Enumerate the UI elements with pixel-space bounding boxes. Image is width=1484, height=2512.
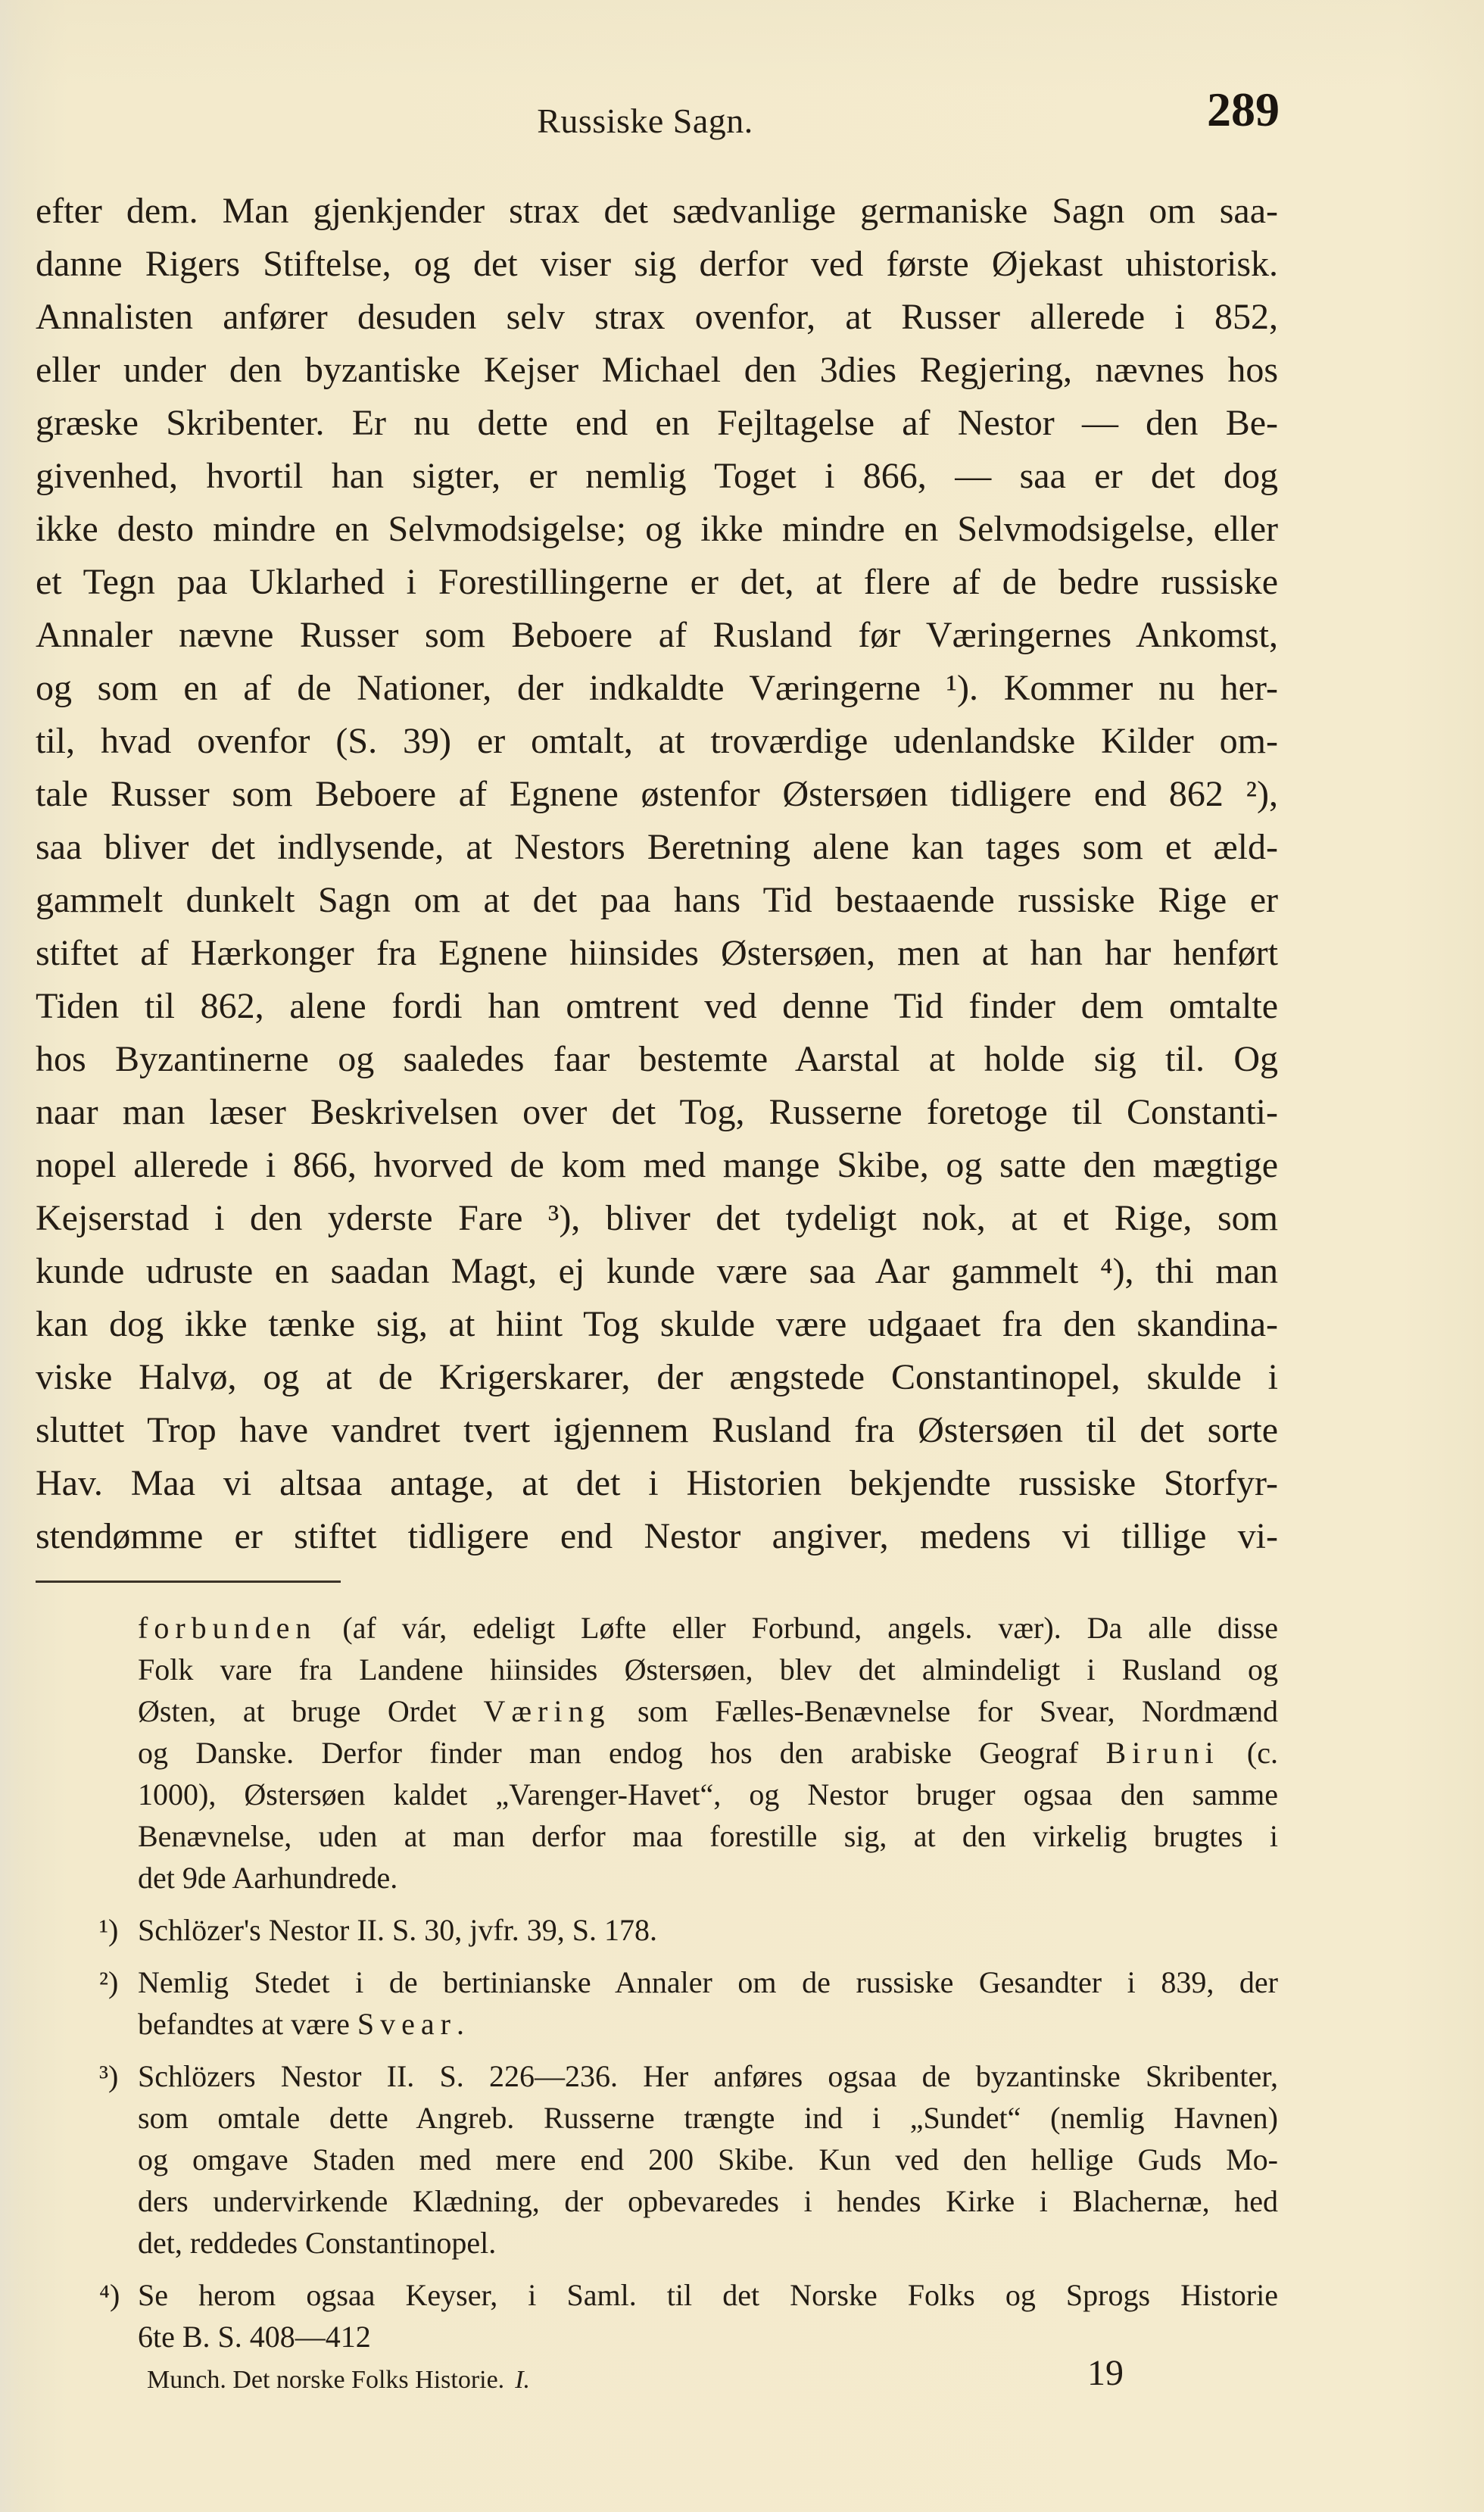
body-line: Tiden til 862, alene fordi han omtrent v… [36, 980, 1278, 1033]
footnote-3: ³) Schlözers Nestor II. S. 226—236. Her … [138, 2055, 1278, 2264]
footnote-2: ²) Nemlig Stedet i de bertinianske Annal… [138, 1961, 1278, 2045]
body-line: græske Skribenter. Er nu dette end en Fe… [36, 397, 1278, 450]
footnote-text: og omgave Staden med mere end 200 Skibe.… [138, 2142, 1278, 2177]
footnote-line: og omgave Staden med mere end 200 Skibe.… [138, 2139, 1278, 2180]
footnote-line: det 9de Aarhundrede. [138, 1857, 1278, 1899]
body-line: eller under den byzantiske Kejser Michae… [36, 344, 1278, 397]
footnote-text: det 9de Aarhundrede. [138, 1861, 397, 1895]
footnote-text: Schlözers Nestor II. S. 226—236. Her anf… [138, 2059, 1278, 2093]
footnote-line: som omtale dette Angreb. Russerne trængt… [138, 2097, 1278, 2139]
spaced-word: Svear [357, 2007, 457, 2041]
footnote-text: Schlözer's Nestor II. S. 30, jvfr. 39, S… [138, 1913, 657, 1947]
body-line: Annaler nævne Russer som Beboere af Rusl… [36, 609, 1278, 662]
footnote-marker: ⁴) [99, 2274, 120, 2316]
footnote-text: (c. [1220, 1736, 1278, 1770]
footnote-marker: ³) [99, 2055, 118, 2097]
page-number: 289 [1166, 86, 1280, 134]
body-line: kan dog ikke tænke sig, at hiint Tog sku… [36, 1298, 1278, 1351]
footnote-line: 1000), Østersøen kaldet „Varenger-Havet“… [138, 1774, 1278, 1815]
footnote-line: Se herom ogsaa Keyser, i Saml. til det N… [138, 2274, 1278, 2316]
footnote-line: og Danske. Derfor finder man endog hos d… [138, 1732, 1278, 1774]
body-line: kunde udruste en saadan Magt, ej kunde v… [36, 1245, 1278, 1298]
running-head: Russiske Sagn. [494, 104, 797, 139]
footnote-text: som Fælles-Benævnelse for Svear, Nordmæn… [610, 1694, 1278, 1728]
footnote-line: 6te B. S. 408—412 [138, 2316, 1278, 2358]
body-line: efter dem. Man gjenkjender strax det sæd… [36, 185, 1278, 238]
spaced-word: Væring [483, 1694, 610, 1728]
body-line: et Tegn paa Uklarhed i Forestillingerne … [36, 556, 1278, 609]
footnote-text: som omtale dette Angreb. Russerne trængt… [138, 2101, 1278, 2135]
footnote-separator [36, 1581, 341, 1583]
book-page: Russiske Sagn. 289 efter dem. Man gjenkj… [0, 0, 1484, 2512]
footnote-line: ders undervirkende Klædning, der opbevar… [138, 2180, 1278, 2222]
footnote-line: forbunden (af vár, edeligt Løfte eller F… [138, 1607, 1278, 1649]
body-line: og som en af de Nationer, der indkaldte … [36, 662, 1278, 715]
body-line: givenhed, hvortil han sigter, er nemlig … [36, 450, 1278, 503]
footnote-marker: ²) [99, 1961, 118, 2003]
body-line: Hav. Maa vi altsaa antage, at det i Hist… [36, 1457, 1278, 1510]
footnote-text: Østen, at bruge Ordet [138, 1694, 483, 1728]
body-line: saa bliver det indlysende, at Nestors Be… [36, 821, 1278, 874]
body-line: viske Halvø, og at de Krigerskarer, der … [36, 1351, 1278, 1404]
body-line: naar man læser Beskrivelsen over det Tog… [36, 1086, 1278, 1139]
spaced-word: Biruni [1105, 1736, 1219, 1770]
main-text: efter dem. Man gjenkjender strax det sæd… [36, 185, 1278, 1563]
footnote-line: Folk vare fra Landene hiinsides Østersøe… [138, 1649, 1278, 1690]
footnote-1: ¹) Schlözer's Nestor II. S. 30, jvfr. 39… [138, 1909, 1278, 1951]
body-line: tale Russer som Beboere af Egnene østenf… [36, 768, 1278, 821]
sheet-number: 19 [1060, 2355, 1124, 2392]
body-line: Annalisten anfører desuden selv strax ov… [36, 291, 1278, 344]
footnote-text: 1000), Østersøen kaldet „Varenger-Havet“… [138, 1777, 1278, 1811]
footnote-text: . [457, 2007, 464, 2041]
footnote-text: Se herom ogsaa Keyser, i Saml. til det N… [138, 2278, 1278, 2312]
footnote-line: Schlözer's Nestor II. S. 30, jvfr. 39, S… [138, 1909, 1278, 1951]
footnote-text: Folk vare fra Landene hiinsides Østersøe… [138, 1652, 1278, 1687]
volume-number: I. [515, 2366, 530, 2394]
footnote-line: befandtes at være Svear. [138, 2003, 1278, 2045]
body-line: ikke desto mindre en Selvmodsigelse; og … [36, 503, 1278, 556]
footnote-text: ders undervirkende Klædning, der opbevar… [138, 2184, 1278, 2218]
footnote-line: Schlözers Nestor II. S. 226—236. Her anf… [138, 2055, 1278, 2097]
footnote-text: og Danske. Derfor finder man endog hos d… [138, 1736, 1105, 1770]
body-line: stendømme er stiftet tidligere end Nesto… [36, 1510, 1278, 1563]
spaced-word: forbunden [138, 1611, 316, 1645]
footnote-marker: ¹) [99, 1909, 118, 1951]
footnotes: forbunden (af vár, edeligt Løfte eller F… [138, 1607, 1278, 2358]
footnote-text: Nemlig Stedet i de bertinianske Annaler … [138, 1965, 1278, 1999]
footnote-text: befandtes at være [138, 2007, 357, 2041]
body-line: nopel allerede i 866, hvorved de kom med… [36, 1139, 1278, 1192]
body-line: gammelt dunkelt Sagn om at det paa hans … [36, 874, 1278, 927]
footnote-line: Benævnelse, uden at man derfor maa fores… [138, 1815, 1278, 1857]
footnote-line: Østen, at bruge Ordet Væring som Fælles-… [138, 1690, 1278, 1732]
footnote-text: Benævnelse, uden at man derfor maa fores… [138, 1819, 1278, 1853]
body-line: danne Rigers Stiftelse, og det viser sig… [36, 238, 1278, 291]
footnote-text: det, reddedes Constantinopel. [138, 2226, 496, 2260]
body-line: til, hvad ovenfor (S. 39) er omtalt, at … [36, 715, 1278, 768]
body-line: hos Byzantinerne og saaledes faar bestem… [36, 1033, 1278, 1086]
body-line: sluttet Trop have vandret tvert igjennem… [36, 1404, 1278, 1457]
footnote-line: Nemlig Stedet i de bertinianske Annaler … [138, 1961, 1278, 2003]
footnote-text: (af vár, edeligt Løfte eller Forbund, an… [316, 1611, 1278, 1645]
body-line: stiftet af Hærkonger fra Egnene hiinside… [36, 927, 1278, 980]
footnote-text: 6te B. S. 408—412 [138, 2320, 371, 2354]
signature-text: Munch. Det norske Folks Historie. [147, 2366, 504, 2394]
footnote-continuation: forbunden (af vár, edeligt Løfte eller F… [138, 1607, 1278, 1899]
footnote-4: ⁴) Se herom ogsaa Keyser, i Saml. til de… [138, 2274, 1278, 2358]
footnote-line: det, reddedes Constantinopel. [138, 2222, 1278, 2264]
body-line: Kejserstad i den yderste Fare ³), bliver… [36, 1192, 1278, 1245]
printer-signature: Munch. Det norske Folks Historie.I. [147, 2367, 530, 2393]
